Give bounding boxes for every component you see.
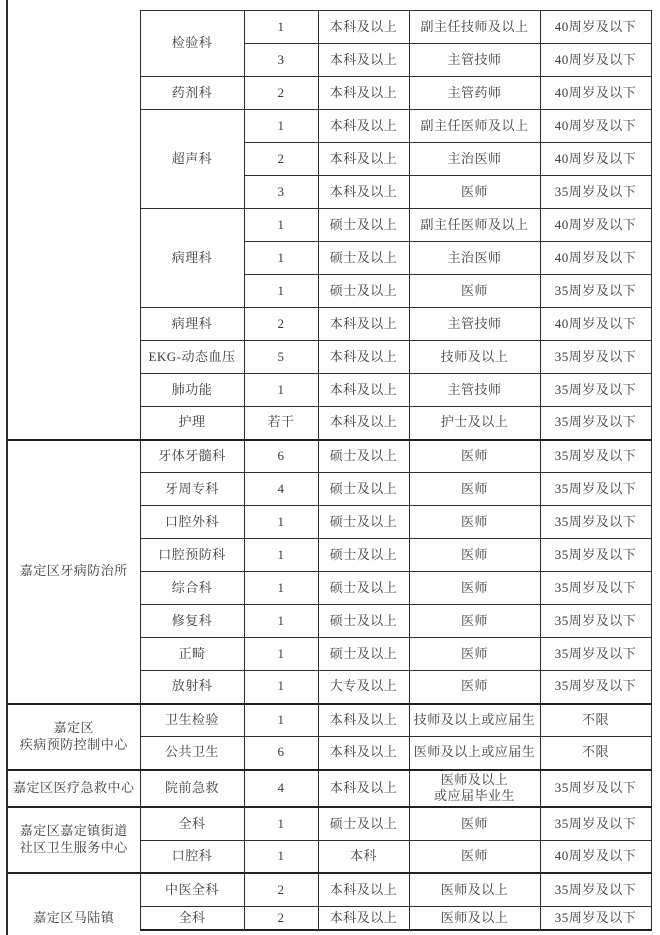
title-cell: 医师 (409, 840, 540, 873)
title-cell: 主管技师 (409, 374, 540, 407)
table-row: 检验科 1 本科及以上 副主任技师及以上 40周岁及以下 (7, 11, 651, 44)
education-cell: 本科 (318, 840, 409, 873)
age-cell: 40周岁及以下 (540, 44, 651, 77)
count-cell: 1 (244, 275, 318, 308)
dept-cell: 牙体牙髓科 (140, 440, 244, 473)
age-cell: 35周岁及以下 (540, 440, 651, 473)
education-cell: 硕士及以上 (318, 638, 409, 671)
title-cell: 医师及以上 或应届毕业生 (409, 770, 540, 808)
count-cell: 1 (244, 840, 318, 873)
dept-cell: 修复科 (140, 605, 244, 638)
document-page: 检验科 1 本科及以上 副主任技师及以上 40周岁及以下 3 本科及以上 主管技… (0, 0, 660, 935)
dept-cell: 口腔科 (140, 840, 244, 873)
education-cell: 本科及以上 (318, 770, 409, 808)
age-cell: 35周岁及以下 (540, 473, 651, 506)
count-cell: 1 (244, 638, 318, 671)
age-cell: 40周岁及以下 (540, 143, 651, 176)
age-cell: 40周岁及以下 (540, 209, 651, 242)
age-cell: 35周岁及以下 (540, 275, 651, 308)
education-cell: 本科及以上 (318, 44, 409, 77)
education-cell: 本科及以上 (318, 374, 409, 407)
education-cell: 硕士及以上 (318, 506, 409, 539)
count-cell: 1 (244, 110, 318, 143)
age-cell: 35周岁及以下 (540, 407, 651, 440)
education-cell: 硕士及以上 (318, 473, 409, 506)
dept-cell: 中医全科 (140, 873, 244, 906)
title-cell: 医师 (409, 671, 540, 704)
age-cell: 35周岁及以下 (540, 605, 651, 638)
education-cell: 本科及以上 (318, 308, 409, 341)
org-cell: 嘉定区医疗急救中心 (7, 770, 140, 808)
count-cell: 1 (244, 671, 318, 704)
count-cell: 1 (244, 209, 318, 242)
dept-cell: 卫生检验 (140, 704, 244, 737)
dept-cell: 正畸 (140, 638, 244, 671)
title-cell: 主管药师 (409, 77, 540, 110)
count-cell: 1 (244, 374, 318, 407)
education-cell: 硕士及以上 (318, 605, 409, 638)
dept-cell: 超声科 (140, 110, 244, 209)
title-cell: 医师及以上 (409, 906, 540, 930)
title-cell: 技师及以上或应届生 (409, 704, 540, 737)
title-cell: 医师及以上或应届生 (409, 737, 540, 770)
count-cell: 6 (244, 440, 318, 473)
education-cell: 本科及以上 (318, 77, 409, 110)
org-cell: 嘉定区 疾病预防控制中心 (7, 704, 140, 770)
title-cell: 医师 (409, 506, 540, 539)
dept-cell: 肺功能 (140, 374, 244, 407)
title-cell: 医师 (409, 539, 540, 572)
education-cell: 本科及以上 (318, 407, 409, 440)
dept-cell: 病理科 (140, 209, 244, 308)
dept-cell: 护理 (140, 407, 244, 440)
title-cell: 主治医师 (409, 242, 540, 275)
org-cell: 嘉定区牙病防治所 (7, 440, 140, 704)
dept-cell: 口腔预防科 (140, 539, 244, 572)
org-cell: 嘉定区嘉定镇街道 社区卫生服务中心 (7, 807, 140, 873)
count-cell: 4 (244, 770, 318, 808)
age-cell: 不限 (540, 737, 651, 770)
count-cell: 2 (244, 873, 318, 906)
education-cell: 硕士及以上 (318, 440, 409, 473)
dept-cell: 口腔外科 (140, 506, 244, 539)
age-cell: 35周岁及以下 (540, 671, 651, 704)
title-cell: 医师 (409, 638, 540, 671)
education-cell: 本科及以上 (318, 143, 409, 176)
title-cell: 医师 (409, 605, 540, 638)
education-cell: 硕士及以上 (318, 275, 409, 308)
title-cell: 技师及以上 (409, 341, 540, 374)
title-cell: 护士及以上 (409, 407, 540, 440)
age-cell: 不限 (540, 704, 651, 737)
education-cell: 本科及以上 (318, 110, 409, 143)
age-cell: 40周岁及以下 (540, 308, 651, 341)
count-cell: 1 (244, 11, 318, 44)
count-cell: 1 (244, 572, 318, 605)
age-cell: 35周岁及以下 (540, 539, 651, 572)
table-row: 嘉定区 疾病预防控制中心 卫生检验 1 本科及以上 技师及以上或应届生 不限 (7, 704, 651, 737)
count-cell: 1 (244, 506, 318, 539)
count-cell: 2 (244, 77, 318, 110)
org-cell: 嘉定区马陆镇 (7, 873, 140, 930)
age-cell: 35周岁及以下 (540, 176, 651, 209)
table-row: 嘉定区牙病防治所 牙体牙髓科 6 硕士及以上 医师 35周岁及以下 (7, 440, 651, 473)
education-cell: 硕士及以上 (318, 572, 409, 605)
count-cell: 1 (244, 807, 318, 840)
title-cell: 医师 (409, 440, 540, 473)
age-cell: 40周岁及以下 (540, 110, 651, 143)
age-cell: 40周岁及以下 (540, 77, 651, 110)
age-cell: 35周岁及以下 (540, 873, 651, 906)
title-cell: 主管技师 (409, 308, 540, 341)
count-cell: 1 (244, 539, 318, 572)
count-cell: 若干 (244, 407, 318, 440)
education-cell: 本科及以上 (318, 176, 409, 209)
title-cell: 主管技师 (409, 44, 540, 77)
title-cell: 医师 (409, 572, 540, 605)
title-cell: 主治医师 (409, 143, 540, 176)
count-cell: 2 (244, 308, 318, 341)
education-cell: 本科及以上 (318, 737, 409, 770)
age-cell: 40周岁及以下 (540, 242, 651, 275)
table-row: 嘉定区马陆镇 中医全科 2 本科及以上 医师及以上 35周岁及以下 (7, 873, 651, 906)
count-cell: 1 (244, 242, 318, 275)
count-cell: 2 (244, 143, 318, 176)
dept-cell: 检验科 (140, 11, 244, 77)
education-cell: 硕士及以上 (318, 209, 409, 242)
education-cell: 硕士及以上 (318, 242, 409, 275)
age-cell: 35周岁及以下 (540, 506, 651, 539)
education-cell: 本科及以上 (318, 11, 409, 44)
dept-cell: 牙周专科 (140, 473, 244, 506)
dept-cell: EKG-动态血压 (140, 341, 244, 374)
title-cell: 医师 (409, 807, 540, 840)
education-cell: 本科及以上 (318, 341, 409, 374)
dept-cell: 全科 (140, 906, 244, 930)
title-cell: 医师 (409, 275, 540, 308)
count-cell: 3 (244, 176, 318, 209)
education-cell: 硕士及以上 (318, 539, 409, 572)
count-cell: 3 (244, 44, 318, 77)
age-cell: 35周岁及以下 (540, 341, 651, 374)
age-cell: 40周岁及以下 (540, 11, 651, 44)
count-cell: 1 (244, 605, 318, 638)
recruitment-table: 检验科 1 本科及以上 副主任技师及以上 40周岁及以下 3 本科及以上 主管技… (6, 10, 652, 931)
count-cell: 6 (244, 737, 318, 770)
education-cell: 本科及以上 (318, 704, 409, 737)
age-cell: 35周岁及以下 (540, 906, 651, 930)
dept-cell: 公共卫生 (140, 737, 244, 770)
age-cell: 40周岁及以下 (540, 840, 651, 873)
table-row: 嘉定区医疗急救中心 院前急救 4 本科及以上 医师及以上 或应届毕业生 35周岁… (7, 770, 651, 808)
count-cell: 5 (244, 341, 318, 374)
count-cell: 4 (244, 473, 318, 506)
dept-cell: 院前急救 (140, 770, 244, 808)
education-cell: 硕士及以上 (318, 807, 409, 840)
title-cell: 副主任医师及以上 (409, 209, 540, 242)
education-cell: 本科及以上 (318, 906, 409, 930)
dept-cell: 综合科 (140, 572, 244, 605)
count-cell: 1 (244, 704, 318, 737)
title-cell: 医师 (409, 176, 540, 209)
dept-cell: 药剂科 (140, 77, 244, 110)
dept-cell: 病理科 (140, 308, 244, 341)
dept-cell: 全科 (140, 807, 244, 840)
title-cell: 医师及以上 (409, 873, 540, 906)
title-cell: 医师 (409, 473, 540, 506)
dept-cell: 放射科 (140, 671, 244, 704)
age-cell: 35周岁及以下 (540, 807, 651, 840)
table-row: 嘉定区嘉定镇街道 社区卫生服务中心 全科 1 硕士及以上 医师 35周岁及以下 (7, 807, 651, 840)
education-cell: 大专及以上 (318, 671, 409, 704)
org-cell (7, 11, 140, 440)
age-cell: 35周岁及以下 (540, 638, 651, 671)
age-cell: 35周岁及以下 (540, 770, 651, 808)
education-cell: 本科及以上 (318, 873, 409, 906)
title-cell: 副主任技师及以上 (409, 11, 540, 44)
age-cell: 35周岁及以下 (540, 572, 651, 605)
count-cell: 2 (244, 906, 318, 930)
age-cell: 35周岁及以下 (540, 374, 651, 407)
title-cell: 副主任医师及以上 (409, 110, 540, 143)
